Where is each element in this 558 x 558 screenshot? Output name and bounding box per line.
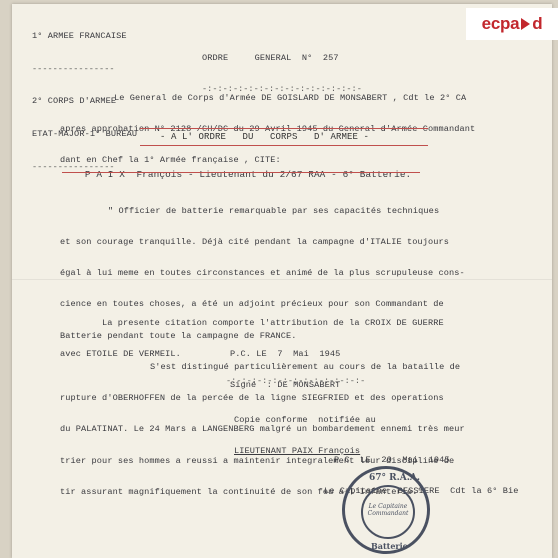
logo-text-right: d (532, 14, 542, 34)
signature-2-date: P C LE 20 Mai 1945 (324, 455, 519, 465)
citation-line: " Officier de batterie remarquable par s… (60, 206, 465, 216)
play-triangle-icon (521, 18, 530, 30)
copy-separator: -:-:-:-:-:-:-:-:-:-:-:-:-:- (226, 376, 365, 386)
battery-stamp: 67° R.A.A. Le Capitaine Commandant Batte… (342, 466, 430, 554)
document-page: 1° ARMEE FRANCAISE ---------------- 2° C… (12, 4, 552, 558)
heading-rule-top (140, 128, 428, 129)
award-line: La presente citation comporte l'attribut… (60, 318, 444, 328)
stamp-bottom-text: Batterie (371, 541, 408, 551)
signature-1-date: P.C. LE 7 Mai 1945 (230, 349, 340, 359)
citation-line: et son courage tranquille. Déjà cité pen… (60, 237, 465, 247)
unit-line-army: 1° ARMEE FRANCAISE (32, 31, 137, 43)
citation-heading: - A L' ORDRE DU CORPS D' ARMEE - (160, 132, 369, 142)
citation-line: égal à lui meme en toutes circonstances … (60, 268, 465, 278)
order-title: ORDRE GENERAL N° 257 (202, 53, 362, 63)
copy-certified-line: Copie conforme notifiée au (234, 415, 376, 425)
ecpad-watermark-logo: ecpa d (466, 8, 558, 40)
heading-rule-bottom (140, 145, 428, 146)
logo-text-left: ecpa (482, 14, 520, 34)
recipient-underline (62, 172, 420, 173)
intro-line: Le General de Corps d'Armée DE GOISLARD … (60, 93, 475, 103)
stamp-top-text: 67° R.A.A. (369, 473, 420, 483)
stamp-center-text: Le Capitaine Commandant (365, 503, 411, 517)
